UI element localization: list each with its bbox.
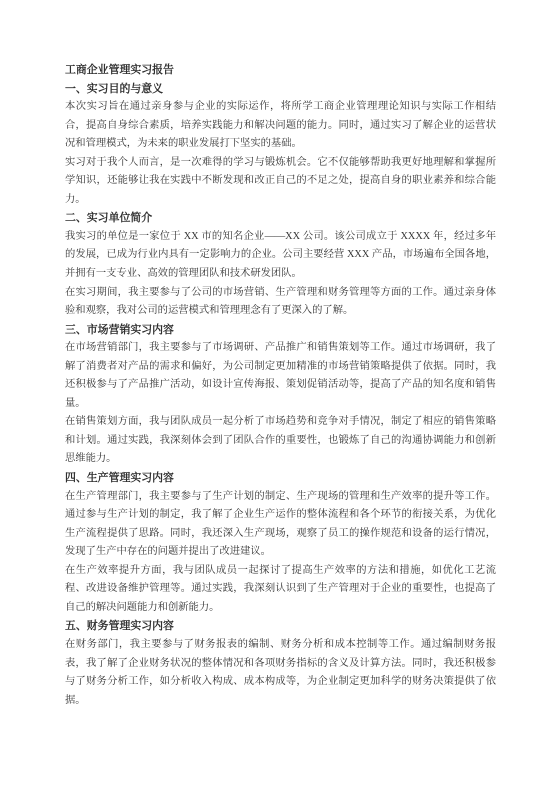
paragraph: 在财务部门，我主要参与了财务报表的编制、财务分析和成本控制等工作。通过编制财务报… <box>65 636 496 710</box>
paragraph: 我实习的单位是一家位于 XX 市的知名企业——XX 公司。该公司成立于 XXXX… <box>65 228 496 284</box>
paragraph: 在生产管理部门，我主要参与了生产计划的制定、生产现场的管理和生产效率的提升等工作… <box>65 488 496 562</box>
paragraph: 在实习期间，我主要参与了公司的市场营销、生产管理和财务管理等方面的工作。通过亲身… <box>65 284 496 321</box>
paragraph: 在生产效率提升方面，我与团队成员一起探讨了提高生产效率的方法和措施，如优化工艺流… <box>65 562 496 618</box>
section-heading: 五、财务管理实习内容 <box>65 617 496 636</box>
section-heading: 三、市场营销实习内容 <box>65 321 496 340</box>
document-title: 工商企业管理实习报告 <box>65 61 496 80</box>
section-heading: 四、生产管理实习内容 <box>65 469 496 488</box>
section-marketing: 三、市场营销实习内容 在市场营销部门，我主要参与了市场调研、产品推广和销售策划等… <box>65 321 496 469</box>
section-heading: 一、实习目的与意义 <box>65 80 496 99</box>
paragraph: 在销售策划方面，我与团队成员一起分析了市场趋势和竞争对手情况，制定了相应的销售策… <box>65 413 496 469</box>
paragraph: 实习对于我个人而言，是一次难得的学习与锻炼机会。它不仅能够帮助我更好地理解和掌握… <box>65 154 496 210</box>
section-company-intro: 二、实习单位简介 我实习的单位是一家位于 XX 市的知名企业——XX 公司。该公… <box>65 209 496 320</box>
paragraph: 在市场营销部门，我主要参与了市场调研、产品推广和销售策划等工作。通过市场调研，我… <box>65 339 496 413</box>
section-heading: 二、实习单位简介 <box>65 209 496 228</box>
section-production: 四、生产管理实习内容 在生产管理部门，我主要参与了生产计划的制定、生产现场的管理… <box>65 469 496 617</box>
document-content: 工商企业管理实习报告 一、实习目的与意义 本次实习旨在通过亲身参与企业的实际运作… <box>65 61 496 710</box>
section-finance: 五、财务管理实习内容 在财务部门，我主要参与了财务报表的编制、财务分析和成本控制… <box>65 617 496 710</box>
document-page: 工商企业管理实习报告 一、实习目的与意义 本次实习旨在通过亲身参与企业的实际运作… <box>0 0 560 792</box>
section-purpose: 一、实习目的与意义 本次实习旨在通过亲身参与企业的实际运作，将所学工商企业管理理… <box>65 80 496 210</box>
paragraph: 本次实习旨在通过亲身参与企业的实际运作，将所学工商企业管理理论知识与实际工作相结… <box>65 98 496 154</box>
